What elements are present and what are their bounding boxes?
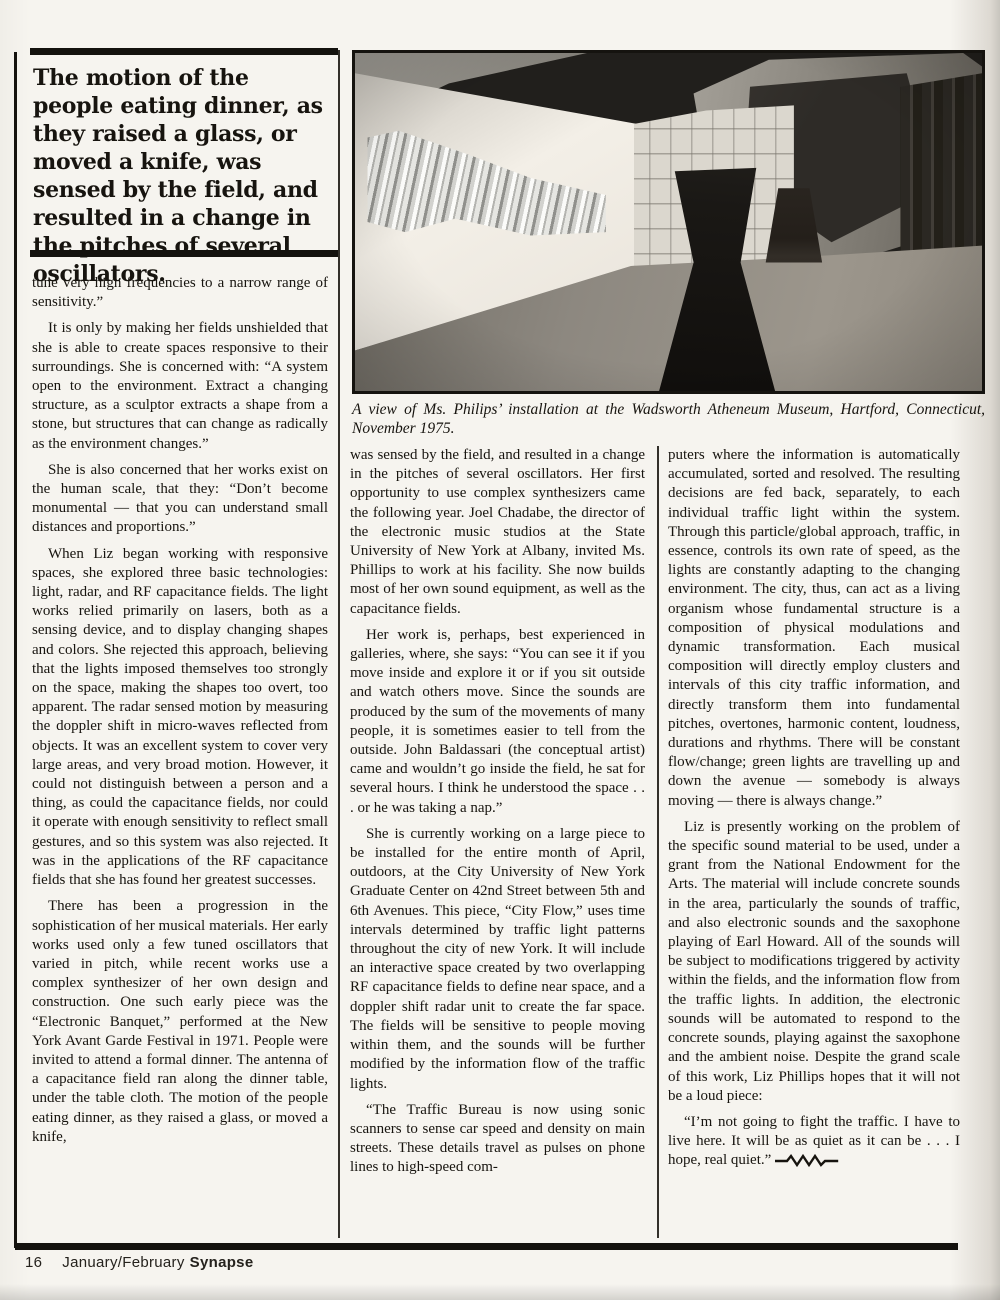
paragraph: was sensed by the field, and resulted in… xyxy=(350,446,645,619)
column-rule-left xyxy=(338,50,340,1238)
pull-quote-bottom-rule xyxy=(30,250,338,257)
magazine-name: Synapse xyxy=(190,1254,254,1271)
page-footer: 16January/FebruarySynapse xyxy=(25,1254,253,1271)
article-column-middle: was sensed by the field, and resulted in… xyxy=(350,446,645,1240)
paragraph: “I’m not going to fight the traffic. I h… xyxy=(668,1113,960,1171)
paragraph: “The Traffic Bureau is now using sonic s… xyxy=(350,1101,645,1178)
pull-quote-top-rule xyxy=(30,48,338,55)
issue-label: January/February xyxy=(62,1254,184,1271)
magazine-page: The motion of the people eating dinner, … xyxy=(0,0,1000,1300)
footer-rule xyxy=(15,1243,958,1250)
paragraph: When Liz began working with responsive s… xyxy=(32,545,328,891)
paragraph: She is also concerned that her works exi… xyxy=(32,461,328,538)
paragraph: tune very high frequencies to a narrow r… xyxy=(32,274,328,312)
installation-photo xyxy=(352,50,985,394)
paragraph: Liz is presently working on the problem … xyxy=(668,818,960,1106)
paragraph: She is currently working on a large piec… xyxy=(350,825,645,1094)
article-column-left: tune very high frequencies to a narrow r… xyxy=(32,274,328,1240)
end-mark-zigzag-icon xyxy=(775,1153,841,1168)
photo-vignette xyxy=(355,53,982,391)
scan-shadow xyxy=(0,1284,1000,1300)
page-number: 16 xyxy=(25,1254,42,1271)
paragraph: It is only by making her fields unshield… xyxy=(32,319,328,453)
photo-caption: A view of Ms. Philips’ installation at t… xyxy=(352,400,985,438)
paragraph: There has been a progression in the soph… xyxy=(32,897,328,1147)
article-column-right: puters where the information is automati… xyxy=(668,446,960,1240)
page-left-edge-rule xyxy=(14,52,17,1248)
column-rule-middle xyxy=(657,446,659,1238)
paragraph: Her work is, perhaps, best experienced i… xyxy=(350,626,645,818)
paragraph: puters where the information is automati… xyxy=(668,446,960,811)
